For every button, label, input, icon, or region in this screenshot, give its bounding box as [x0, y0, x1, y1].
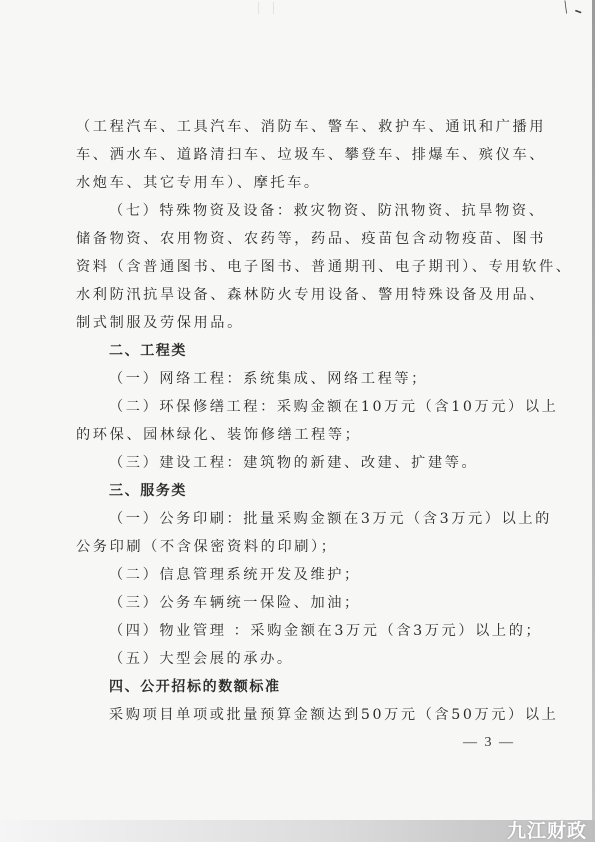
corner-mark: ╲ ━	[561, 2, 585, 20]
text-line: 公务印刷（不含保密资料的印刷）；	[76, 533, 522, 561]
text-line: （二）信息管理系统开发及维护；	[76, 561, 522, 589]
text-line: 水炮车、其它专用车）、摩托车。	[76, 169, 522, 197]
section-heading: 四、公开招标的数额标准	[76, 673, 522, 701]
text-line: （五）大型会展的承办。	[76, 645, 522, 673]
text-line: （四）物业管理 ：采购金额在3万元（含3万元）以上的；	[76, 617, 522, 645]
text-line: （一）公务印刷：批量采购金额在3万元（含3万元）以上的	[76, 505, 522, 533]
text-line: 采购项目单项或批量预算金额达到50万元（含50万元）以上	[76, 701, 522, 729]
text-line: 储备物资、农用物资、农药等，药品、疫苗包含动物疫苗、图书	[76, 225, 522, 253]
page-number: — 3 —	[463, 735, 515, 751]
text-line: 车、洒水车、道路清扫车、垃圾车、攀登车、排爆车、殡仪车、	[76, 141, 522, 169]
scan-artifact	[258, 2, 274, 14]
text-line: 水利防汛抗旱设备、森林防火专用设备、警用特殊设备及用品、	[76, 281, 522, 309]
text-line: （一）网络工程：系统集成、网络工程等；	[76, 365, 522, 393]
text-line: （工程汽车、工具汽车、消防车、警车、救护车、通讯和广播用	[76, 113, 522, 141]
footer-band	[0, 820, 595, 842]
section-heading: 二、工程类	[76, 337, 522, 365]
text-line: （二）环保修缮工程：采购金额在10万元（含10万元）以上	[76, 393, 522, 421]
text-line: 资料（含普通图书、电子图书、普通期刊、电子期刊）、专用软件、	[76, 253, 522, 281]
document-body: （工程汽车、工具汽车、消防车、警车、救护车、通讯和广播用车、洒水车、道路清扫车、…	[76, 113, 522, 729]
text-line: （七）特殊物资及设备：救灾物资、防汛物资、抗旱物资、	[76, 197, 522, 225]
section-heading: 三、服务类	[76, 477, 522, 505]
watermark-logo: 九江财政	[507, 820, 587, 842]
text-line: （三）公务车辆统一保险、加油；	[76, 589, 522, 617]
text-line: 的环保、园林绿化、装饰修缮工程等；	[76, 421, 522, 449]
text-line: 制式制服及劳保用品。	[76, 309, 522, 337]
text-line: （三）建设工程：建筑物的新建、改建、扩建等。	[76, 449, 522, 477]
